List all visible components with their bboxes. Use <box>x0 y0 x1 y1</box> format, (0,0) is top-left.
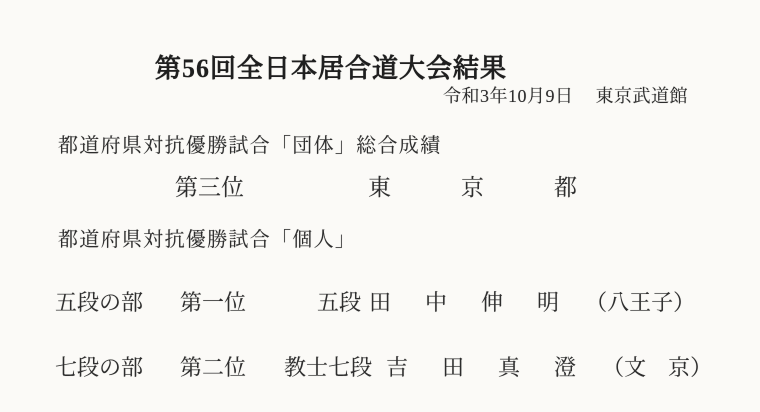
person-name: 吉田真澄 <box>386 355 610 380</box>
scanned-document: 第56回全日本居合道大会結果 令和3年10月9日東京武道館 都道府県対抗優勝試合… <box>0 0 760 412</box>
rank-label: 第一位 <box>180 290 246 315</box>
division-label: 七段の部 <box>55 355 143 380</box>
title-label: 教士七段 <box>284 355 372 380</box>
date-venue-line: 令和3年10月9日東京武道館 <box>443 82 688 108</box>
team-prefecture: 東京都 <box>368 175 647 200</box>
event-date: 令和3年10月9日 <box>443 86 574 106</box>
affiliation-label: （八王子） <box>585 290 695 315</box>
rank-label: 第二位 <box>180 355 246 380</box>
result-row-godan: 五段の部第一位五段田中伸明（八王子） <box>55 286 695 317</box>
result-row-nanadan: 七段の部第二位教士七段吉田真澄（文 京） <box>55 351 712 382</box>
team-result-line: 第三位東京都 <box>175 169 647 202</box>
affiliation-label: （文 京） <box>602 355 712 380</box>
event-venue: 東京武道館 <box>596 86 689 106</box>
person-name: 田中伸明 <box>369 290 593 315</box>
division-label: 五段の部 <box>55 290 143 315</box>
team-rank: 第三位 <box>175 175 244 200</box>
document-title: 第56回全日本居合道大会結果 <box>155 48 507 85</box>
team-section-heading: 都道府県対抗優勝試合「団体」総合成績 <box>58 129 441 158</box>
title-label: 五段 <box>317 290 361 315</box>
individual-section-heading: 都道府県対抗優勝試合「個人」 <box>58 223 356 252</box>
